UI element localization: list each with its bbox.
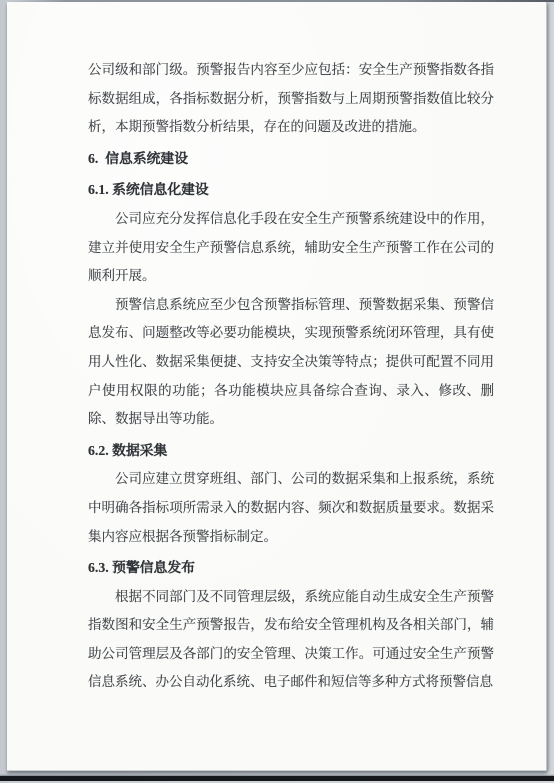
section-heading-6-1: 6.1. 系统信息化建设 (88, 176, 494, 205)
paragraph-continuation: 公司级和部门级。预警报告内容至少应包括：安全生产预警指数各指标数据组成，各指标数… (88, 56, 494, 142)
scan-top-edge-line (12, 0, 554, 2)
document-content: 公司级和部门级。预警报告内容至少应包括：安全生产预警指数各指标数据组成，各指标数… (88, 56, 494, 697)
paragraph-6-1-a: 公司应充分发挥信息化手段在安全生产预警系统建设中的作用，建立并使用安全生产预警信… (88, 205, 494, 291)
scanned-page: 公司级和部门级。预警报告内容至少应包括：安全生产预警指数各指标数据组成，各指标数… (7, 2, 547, 771)
scan-bottom-edge-line (0, 776, 554, 781)
scan-background: 公司级和部门级。预警报告内容至少应包括：安全生产预警指数各指标数据组成，各指标数… (0, 0, 554, 783)
paragraph-6-3: 根据不同部门及不同管理层级，系统应能自动生成安全生产预警指数图和安全生产预警报告… (88, 583, 494, 697)
section-heading-6-3: 6.3. 预警信息发布 (88, 554, 494, 583)
section-heading-6-2: 6.2. 数据采集 (88, 437, 494, 466)
section-heading-6: 6. 信息系统建设 (88, 145, 494, 174)
paragraph-6-2: 公司应建立贯穿班组、部门、公司的数据采集和上报系统，系统中明确各指标项所需录入的… (88, 465, 494, 551)
paragraph-6-1-b: 预警信息系统应至少包含预警指标管理、预警数据采集、预警信息发布、问题整改等必要功… (88, 291, 494, 434)
